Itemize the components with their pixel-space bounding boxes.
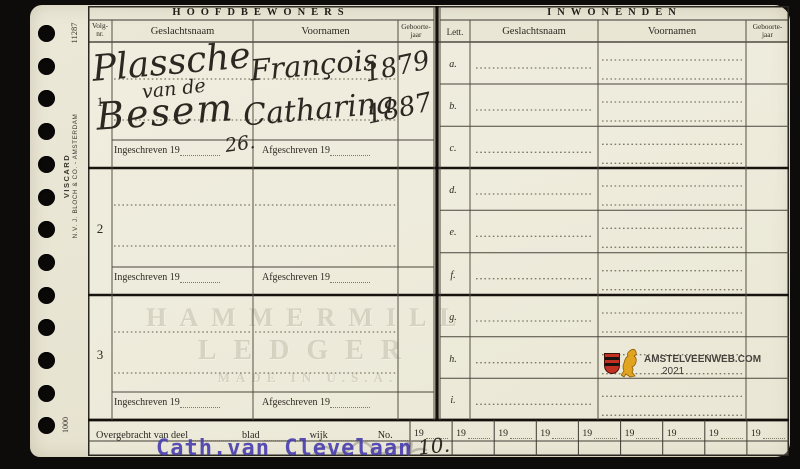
lodger-letter-c: c. — [440, 143, 466, 154]
handwritten-house-number: 10. — [417, 432, 451, 459]
label-text: Ingeschreven 19 — [114, 272, 180, 283]
printer-address: N.V. J. BLOCH & CO. - AMSTERDAM — [72, 114, 80, 239]
dotted-leader — [678, 430, 700, 439]
registration-card: 11287 VISCARD N.V. J. BLOCH & CO. - AMST… — [30, 5, 790, 457]
year-cell: 19 — [705, 422, 747, 439]
year-prefix: 19 — [456, 428, 466, 439]
printer-brand: VISCARD — [62, 154, 71, 198]
dotted-leader — [468, 430, 490, 439]
dotted-leader — [180, 399, 220, 409]
lodger-letter-a: a. — [440, 59, 466, 70]
section-title-hoofdbewoners: HOOFDBEWONERS — [88, 7, 434, 18]
punch-hole — [38, 90, 55, 107]
punch-hole — [38, 319, 55, 336]
dotted-leader — [180, 274, 220, 284]
ingeschreven-label-row2: Ingeschreven 19 — [114, 272, 220, 283]
punch-hole — [38, 123, 55, 140]
row-number-3: 3 — [88, 347, 112, 363]
punch-hole — [38, 221, 55, 238]
ingeschreven-label-row3: Ingeschreven 19 — [114, 397, 220, 408]
afgeschreven-label-row3: Afgeschreven 19 — [262, 397, 370, 408]
amstelveen-shield-icon — [604, 353, 620, 374]
year-cell: 19 — [663, 422, 705, 439]
afgeschreven-label-row1: Afgeschreven 19 — [262, 145, 370, 156]
col-header-text: jaar — [762, 30, 773, 39]
col-header-geboortejaar-left: Geboorte- jaar — [398, 23, 434, 39]
lion-icon — [621, 348, 641, 378]
afgeschreven-label-row2: Afgeschreven 19 — [262, 272, 370, 283]
col-header-lett: Lett. — [440, 27, 470, 37]
lodger-letter-d: d. — [440, 185, 466, 196]
lodger-letter-e: e. — [440, 227, 466, 238]
dotted-leader — [552, 430, 574, 439]
punch-hole — [38, 25, 55, 42]
watermark-year: 2021 — [662, 366, 684, 377]
punch-hole — [38, 58, 55, 75]
punch-hole — [38, 254, 55, 271]
label-text: Afgeschreven 19 — [262, 145, 330, 156]
dotted-leader — [721, 430, 743, 439]
year-prefix: 19 — [498, 428, 508, 439]
col-header-voornamen-left: Voornamen — [253, 26, 398, 37]
lodger-letter-b: b. — [440, 101, 466, 112]
year-cell: 19 — [452, 422, 494, 439]
year-cell: 19 — [578, 422, 620, 439]
printer-imprint: VISCARD N.V. J. BLOCH & CO. - AMSTERDAM — [58, 106, 84, 246]
dotted-leader — [763, 430, 785, 439]
year-cell: 19 — [747, 422, 789, 439]
year-prefix: 19 — [625, 428, 635, 439]
dotted-leader — [510, 430, 532, 439]
col-header-voornamen-right: Voornamen — [598, 26, 746, 37]
dotted-leader — [330, 274, 370, 284]
dotted-leader — [330, 399, 370, 409]
lodger-letter-f: f. — [440, 270, 466, 281]
dotted-leader — [180, 147, 220, 157]
lodger-letter-i: i. — [440, 395, 466, 406]
label-text: Ingeschreven 19 — [114, 145, 180, 156]
street-name-stamp: Cath.van Clevelaan — [156, 436, 412, 461]
dotted-leader — [636, 430, 658, 439]
year-prefix: 19 — [751, 428, 761, 439]
label-text: Ingeschreven 19 — [114, 397, 180, 408]
col-header-text: nr. — [96, 29, 104, 38]
col-header-geslachtsnaam-left: Geslachtsnaam — [112, 26, 253, 37]
col-header-geslachtsnaam-right: Geslachtsnaam — [470, 26, 598, 37]
punch-hole — [38, 385, 55, 402]
lodger-letter-g: g. — [440, 312, 466, 323]
col-header-geboortejaar-right: Geboorte- jaar — [746, 23, 789, 39]
year-prefix: 19 — [540, 428, 550, 439]
site-watermark: AMSTELVEENWEB.COM 2021 — [600, 347, 750, 385]
year-cell: 19 — [494, 422, 536, 439]
watermark-site-text: AMSTELVEENWEB.COM — [644, 354, 761, 365]
card-batch-number: 1000 — [46, 405, 86, 445]
col-header-volgnr: Volg- nr. — [88, 22, 112, 38]
punch-hole — [38, 352, 55, 369]
punch-hole — [38, 189, 55, 206]
year-prefix: 19 — [582, 428, 592, 439]
col-header-text: jaar — [411, 30, 422, 39]
year-cell: 19 — [621, 422, 663, 439]
handwritten-ingeschreven-year: 26. — [224, 131, 257, 157]
row-number-2: 2 — [88, 221, 112, 237]
year-prefix: 19 — [667, 428, 677, 439]
label-text: Afgeschreven 19 — [262, 397, 330, 408]
year-prefix: 19 — [709, 428, 719, 439]
register-table: HAMMERMILL LEDGER MADE IN U.S.A. — [88, 6, 789, 456]
section-title-inwonenden: INWONENDEN — [440, 7, 789, 18]
dotted-leader — [330, 147, 370, 157]
ingeschreven-label-row1: Ingeschreven 19 — [114, 145, 220, 156]
punch-hole — [38, 287, 55, 304]
year-cell: 19 — [536, 422, 578, 439]
dotted-leader — [594, 430, 616, 439]
lodger-letter-h: h. — [440, 354, 466, 365]
punch-hole — [38, 156, 55, 173]
label-text: Afgeschreven 19 — [262, 272, 330, 283]
